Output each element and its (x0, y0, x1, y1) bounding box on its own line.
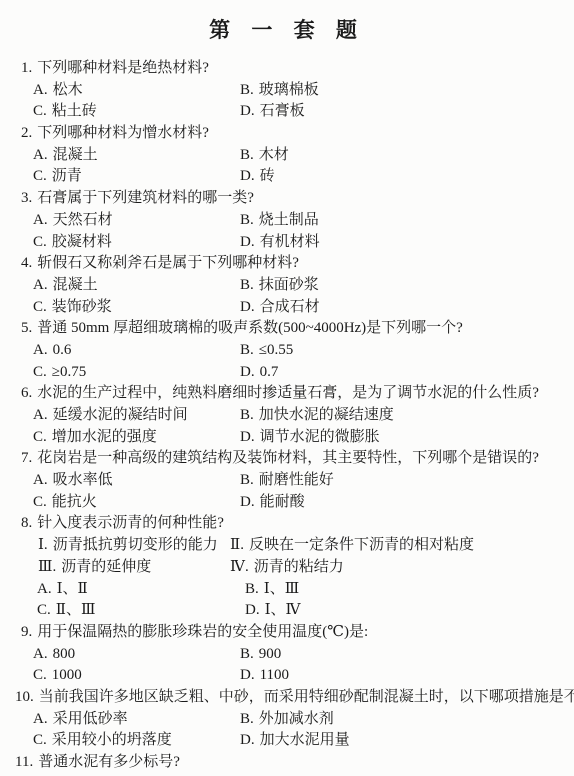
option-label: D. (240, 732, 255, 748)
question-3: 3.石膏属于下列建筑材料的哪一类? A.天然石材 B.烧土制品 C.胶凝材料 D… (0, 188, 574, 253)
option-text: 烧土制品 (259, 212, 319, 228)
option-b: B.≤0.55 (240, 340, 574, 362)
item-text: 沥青的粘结力 (254, 559, 344, 575)
statement-4: Ⅳ.沥青的粘结力 (230, 557, 574, 579)
option-text: 砖 (260, 168, 275, 184)
option-label: C. (33, 732, 47, 748)
option-text: 加快水泥的凝结速度 (259, 407, 394, 423)
option-d: D.能耐酸 (240, 492, 574, 514)
option-row: C.粘土砖 D.石膏板 (0, 101, 574, 123)
option-label: D. (240, 103, 255, 119)
option-label: B. (240, 407, 254, 423)
option-a: A.混凝土 (33, 145, 240, 167)
option-text: 能耐酸 (260, 494, 305, 510)
option-label: A. (33, 82, 48, 98)
option-d: D.砖 (240, 166, 574, 188)
question-number: 4. (21, 255, 32, 271)
document-page: 第 一 套 题 1.下列哪种材料是绝热材料? A.松木 B.玻璃棉板 C.粘土砖… (0, 0, 574, 776)
option-label: B. (240, 342, 254, 358)
option-label: D. (240, 429, 255, 445)
option-row: A.延缓水泥的凝结时间 B.加快水泥的凝结速度 (0, 405, 574, 427)
question-number: 8. (21, 515, 32, 531)
option-text: 增加水泥的强度 (52, 429, 157, 445)
statement-row: Ⅰ.沥青抵抗剪切变形的能力 Ⅱ.反映在一定条件下沥青的相对粘度 (0, 535, 574, 557)
option-d: D.Ⅰ、Ⅳ (245, 600, 574, 622)
question-number: 6. (21, 385, 32, 401)
option-c: C.粘土砖 (33, 101, 240, 123)
option-c: C.≥0.75 (33, 362, 240, 384)
question-list: 1.下列哪种材料是绝热材料? A.松木 B.玻璃棉板 C.粘土砖 D.石膏板 2… (0, 44, 574, 774)
question-7: 7.花岗岩是一种高级的建筑结构及装饰材料，其主要特性，下列哪个是错误的? A.吸… (0, 448, 574, 513)
item-text: 沥青抵抗剪切变形的能力 (53, 537, 218, 553)
option-text: 有机材料 (260, 234, 320, 250)
option-text: 抹面砂浆 (259, 277, 319, 293)
option-a: A.天然石材 (33, 210, 240, 232)
option-text: 粘土砖 (52, 103, 97, 119)
option-text: Ⅰ、Ⅳ (265, 602, 301, 618)
option-a: A.松木 (33, 80, 240, 102)
item-label: Ⅱ. (230, 537, 244, 553)
option-label: B. (240, 711, 254, 727)
option-text: 加大水泥用量 (260, 732, 350, 748)
question-stem: 普通 50mm 厚超细玻璃棉的吸声系数(500~4000Hz)是下列哪一个? (37, 320, 463, 336)
question-stem-line: 4.斩假石又称剁斧石是属于下列哪种材料? (0, 253, 574, 275)
question-11: 11.普通水泥有多少标号? (0, 752, 574, 774)
statement-3: Ⅲ.沥青的延伸度 (38, 557, 230, 579)
option-label: B. (240, 646, 254, 662)
option-text: 混凝土 (53, 277, 98, 293)
option-label: A. (33, 277, 48, 293)
question-10: 10.当前我国许多地区缺乏粗、中砂，而采用特细砂配制混凝土时，以下哪项措施是不可… (0, 687, 574, 752)
option-c: C.采用较小的坍落度 (33, 730, 240, 752)
option-c: C.能抗火 (33, 492, 240, 514)
statement-2: Ⅱ.反映在一定条件下沥青的相对粘度 (230, 535, 574, 557)
option-b: B.Ⅰ、Ⅲ (245, 579, 574, 601)
option-text: 合成石材 (260, 299, 320, 315)
option-row: A.松木 B.玻璃棉板 (0, 80, 574, 102)
option-row: C.装饰砂浆 D.合成石材 (0, 297, 574, 319)
question-5: 5.普通 50mm 厚超细玻璃棉的吸声系数(500~4000Hz)是下列哪一个?… (0, 318, 574, 383)
option-label: A. (37, 581, 52, 597)
option-label: B. (245, 581, 259, 597)
question-9: 9.用于保温隔热的膨胀珍珠岩的安全使用温度(℃)是: A.800 B.900 C… (0, 622, 574, 687)
option-label: D. (240, 168, 255, 184)
option-c: C.装饰砂浆 (33, 297, 240, 319)
option-row: A.800 B.900 (0, 644, 574, 666)
question-stem: 下列哪种材料为憎水材料? (37, 125, 209, 141)
option-a: A.0.6 (33, 340, 240, 362)
question-2: 2.下列哪种材料为憎水材料? A.混凝土 B.木材 C.沥青 D.砖 (0, 123, 574, 188)
option-label: A. (33, 472, 48, 488)
question-stem: 当前我国许多地区缺乏粗、中砂，而采用特细砂配制混凝土时，以下哪项措施是不可取的? (39, 689, 574, 705)
option-text: Ⅰ、Ⅲ (264, 581, 299, 597)
option-label: B. (240, 147, 254, 163)
option-text: 沥青 (52, 168, 82, 184)
option-a: A.吸水率低 (33, 470, 240, 492)
option-text: Ⅰ、Ⅱ (57, 581, 88, 597)
option-label: C. (33, 168, 47, 184)
option-text: 胶凝材料 (52, 234, 112, 250)
option-a: A.混凝土 (33, 275, 240, 297)
option-row: A.吸水率低 B.耐磨性能好 (0, 470, 574, 492)
option-a: A.800 (33, 644, 240, 666)
question-stem: 用于保温隔热的膨胀珍珠岩的安全使用温度(℃)是: (37, 624, 368, 640)
option-d: D.有机材料 (240, 232, 574, 254)
option-label: A. (33, 342, 48, 358)
item-label: Ⅳ. (230, 559, 249, 575)
option-a: A.Ⅰ、Ⅱ (37, 579, 245, 601)
question-6: 6.水泥的生产过程中，纯熟料磨细时掺适量石膏，是为了调节水泥的什么性质? A.延… (0, 383, 574, 448)
question-number: 3. (21, 190, 32, 206)
option-row: C.1000 D.1100 (0, 665, 574, 687)
option-label: A. (33, 147, 48, 163)
question-stem-line: 3.石膏属于下列建筑材料的哪一类? (0, 188, 574, 210)
item-label: Ⅰ. (38, 537, 48, 553)
option-text: 能抗火 (52, 494, 97, 510)
question-stem-line: 8.针入度表示沥青的何种性能? (0, 513, 574, 535)
option-label: D. (240, 234, 255, 250)
question-stem: 普通水泥有多少标号? (38, 754, 180, 770)
page-title: 第 一 套 题 (0, 0, 574, 44)
question-stem: 下列哪种材料是绝热材料? (37, 60, 209, 76)
question-stem-line: 5.普通 50mm 厚超细玻璃棉的吸声系数(500~4000Hz)是下列哪一个? (0, 318, 574, 340)
question-stem: 石膏属于下列建筑材料的哪一类? (37, 190, 254, 206)
option-text: Ⅱ、Ⅲ (56, 602, 96, 618)
statement-1: Ⅰ.沥青抵抗剪切变形的能力 (38, 535, 230, 557)
item-text: 反映在一定条件下沥青的相对粘度 (249, 537, 474, 553)
option-c: C.沥青 (33, 166, 240, 188)
option-label: C. (33, 103, 47, 119)
option-label: C. (33, 299, 47, 315)
option-text: 木材 (259, 147, 289, 163)
option-label: C. (33, 429, 47, 445)
option-row: A.0.6 B.≤0.55 (0, 340, 574, 362)
question-number: 11. (15, 754, 33, 770)
option-text: 延缓水泥的凝结时间 (53, 407, 188, 423)
option-text: 0.7 (260, 364, 279, 380)
option-text: 0.6 (53, 342, 72, 358)
option-label: D. (240, 364, 255, 380)
option-label: A. (33, 407, 48, 423)
question-number: 5. (21, 320, 32, 336)
option-row: C.采用较小的坍落度 D.加大水泥用量 (0, 730, 574, 752)
option-text: 石膏板 (260, 103, 305, 119)
question-number: 2. (21, 125, 32, 141)
option-text: 外加减水剂 (259, 711, 334, 727)
option-text: 耐磨性能好 (259, 472, 334, 488)
option-text: 混凝土 (53, 147, 98, 163)
question-1: 1.下列哪种材料是绝热材料? A.松木 B.玻璃棉板 C.粘土砖 D.石膏板 (0, 58, 574, 123)
option-row: A.天然石材 B.烧土制品 (0, 210, 574, 232)
question-8: 8.针入度表示沥青的何种性能? Ⅰ.沥青抵抗剪切变形的能力 Ⅱ.反映在一定条件下… (0, 513, 574, 621)
option-label: D. (245, 602, 260, 618)
option-text: 天然石材 (53, 212, 113, 228)
option-row: A.混凝土 B.抹面砂浆 (0, 275, 574, 297)
question-number: 9. (21, 624, 32, 640)
option-label: A. (33, 212, 48, 228)
option-b: B.耐磨性能好 (240, 470, 574, 492)
option-d: D.石膏板 (240, 101, 574, 123)
option-row: C.胶凝材料 D.有机材料 (0, 232, 574, 254)
option-label: B. (240, 82, 254, 98)
question-number: 10. (15, 689, 34, 705)
option-c: C.增加水泥的强度 (33, 427, 240, 449)
option-row: C.≥0.75 D.0.7 (0, 362, 574, 384)
option-label: C. (37, 602, 51, 618)
question-stem-line: 2.下列哪种材料为憎水材料? (0, 123, 574, 145)
option-c: C.Ⅱ、Ⅲ (37, 600, 245, 622)
option-text: 采用较小的坍落度 (52, 732, 172, 748)
option-label: B. (240, 212, 254, 228)
option-label: D. (240, 494, 255, 510)
question-stem-line: 6.水泥的生产过程中，纯熟料磨细时掺适量石膏，是为了调节水泥的什么性质? (0, 383, 574, 405)
option-c: C.1000 (33, 665, 240, 687)
question-stem-line: 11.普通水泥有多少标号? (0, 752, 574, 774)
option-d: D.0.7 (240, 362, 574, 384)
option-row: A.混凝土 B.木材 (0, 145, 574, 167)
option-row: A.采用低砂率 B.外加减水剂 (0, 709, 574, 731)
option-label: C. (33, 494, 47, 510)
option-text: 1100 (260, 667, 289, 683)
option-label: B. (240, 277, 254, 293)
option-label: A. (33, 711, 48, 727)
option-label: D. (240, 299, 255, 315)
option-label: A. (33, 646, 48, 662)
option-text: 900 (259, 646, 282, 662)
option-d: D.调节水泥的微膨胀 (240, 427, 574, 449)
option-row: C.Ⅱ、Ⅲ D.Ⅰ、Ⅳ (0, 600, 574, 622)
option-c: C.胶凝材料 (33, 232, 240, 254)
option-a: A.采用低砂率 (33, 709, 240, 731)
option-d: D.合成石材 (240, 297, 574, 319)
question-stem: 花岗岩是一种高级的建筑结构及装饰材料，其主要特性，下列哪个是错误的? (37, 450, 539, 466)
option-d: D.1100 (240, 665, 574, 687)
option-text: 800 (53, 646, 76, 662)
question-number: 1. (21, 60, 32, 76)
option-text: 装饰砂浆 (52, 299, 112, 315)
question-stem: 水泥的生产过程中，纯熟料磨细时掺适量石膏，是为了调节水泥的什么性质? (37, 385, 539, 401)
option-a: A.延缓水泥的凝结时间 (33, 405, 240, 427)
option-b: B.外加减水剂 (240, 709, 574, 731)
option-b: B.木材 (240, 145, 574, 167)
option-text: 调节水泥的微膨胀 (260, 429, 380, 445)
question-stem: 针入度表示沥青的何种性能? (37, 515, 224, 531)
option-label: B. (240, 472, 254, 488)
option-row: C.沥青 D.砖 (0, 166, 574, 188)
option-text: ≤0.55 (259, 342, 293, 358)
question-stem: 斩假石又称剁斧石是属于下列哪种材料? (37, 255, 299, 271)
option-text: 采用低砂率 (53, 711, 128, 727)
option-b: B.900 (240, 644, 574, 666)
question-stem-line: 9.用于保温隔热的膨胀珍珠岩的安全使用温度(℃)是: (0, 622, 574, 644)
question-stem-line: 10.当前我国许多地区缺乏粗、中砂，而采用特细砂配制混凝土时，以下哪项措施是不可… (0, 687, 574, 709)
option-text: 松木 (53, 82, 83, 98)
option-b: B.烧土制品 (240, 210, 574, 232)
question-number: 7. (21, 450, 32, 466)
option-b: B.玻璃棉板 (240, 80, 574, 102)
option-text: 玻璃棉板 (259, 82, 319, 98)
item-text: 沥青的延伸度 (61, 559, 151, 575)
option-b: B.加快水泥的凝结速度 (240, 405, 574, 427)
option-text: ≥0.75 (52, 364, 86, 380)
option-label: C. (33, 667, 47, 683)
option-text: 1000 (52, 667, 82, 683)
option-label: D. (240, 667, 255, 683)
option-text: 吸水率低 (53, 472, 113, 488)
option-label: C. (33, 364, 47, 380)
option-label: C. (33, 234, 47, 250)
question-stem-line: 7.花岗岩是一种高级的建筑结构及装饰材料，其主要特性，下列哪个是错误的? (0, 448, 574, 470)
statement-row: Ⅲ.沥青的延伸度 Ⅳ.沥青的粘结力 (0, 557, 574, 579)
question-4: 4.斩假石又称剁斧石是属于下列哪种材料? A.混凝土 B.抹面砂浆 C.装饰砂浆… (0, 253, 574, 318)
question-stem-line: 1.下列哪种材料是绝热材料? (0, 58, 574, 80)
option-b: B.抹面砂浆 (240, 275, 574, 297)
option-row: A.Ⅰ、Ⅱ B.Ⅰ、Ⅲ (0, 579, 574, 601)
option-row: C.能抗火 D.能耐酸 (0, 492, 574, 514)
option-d: D.加大水泥用量 (240, 730, 574, 752)
option-row: C.增加水泥的强度 D.调节水泥的微膨胀 (0, 427, 574, 449)
item-label: Ⅲ. (38, 559, 56, 575)
